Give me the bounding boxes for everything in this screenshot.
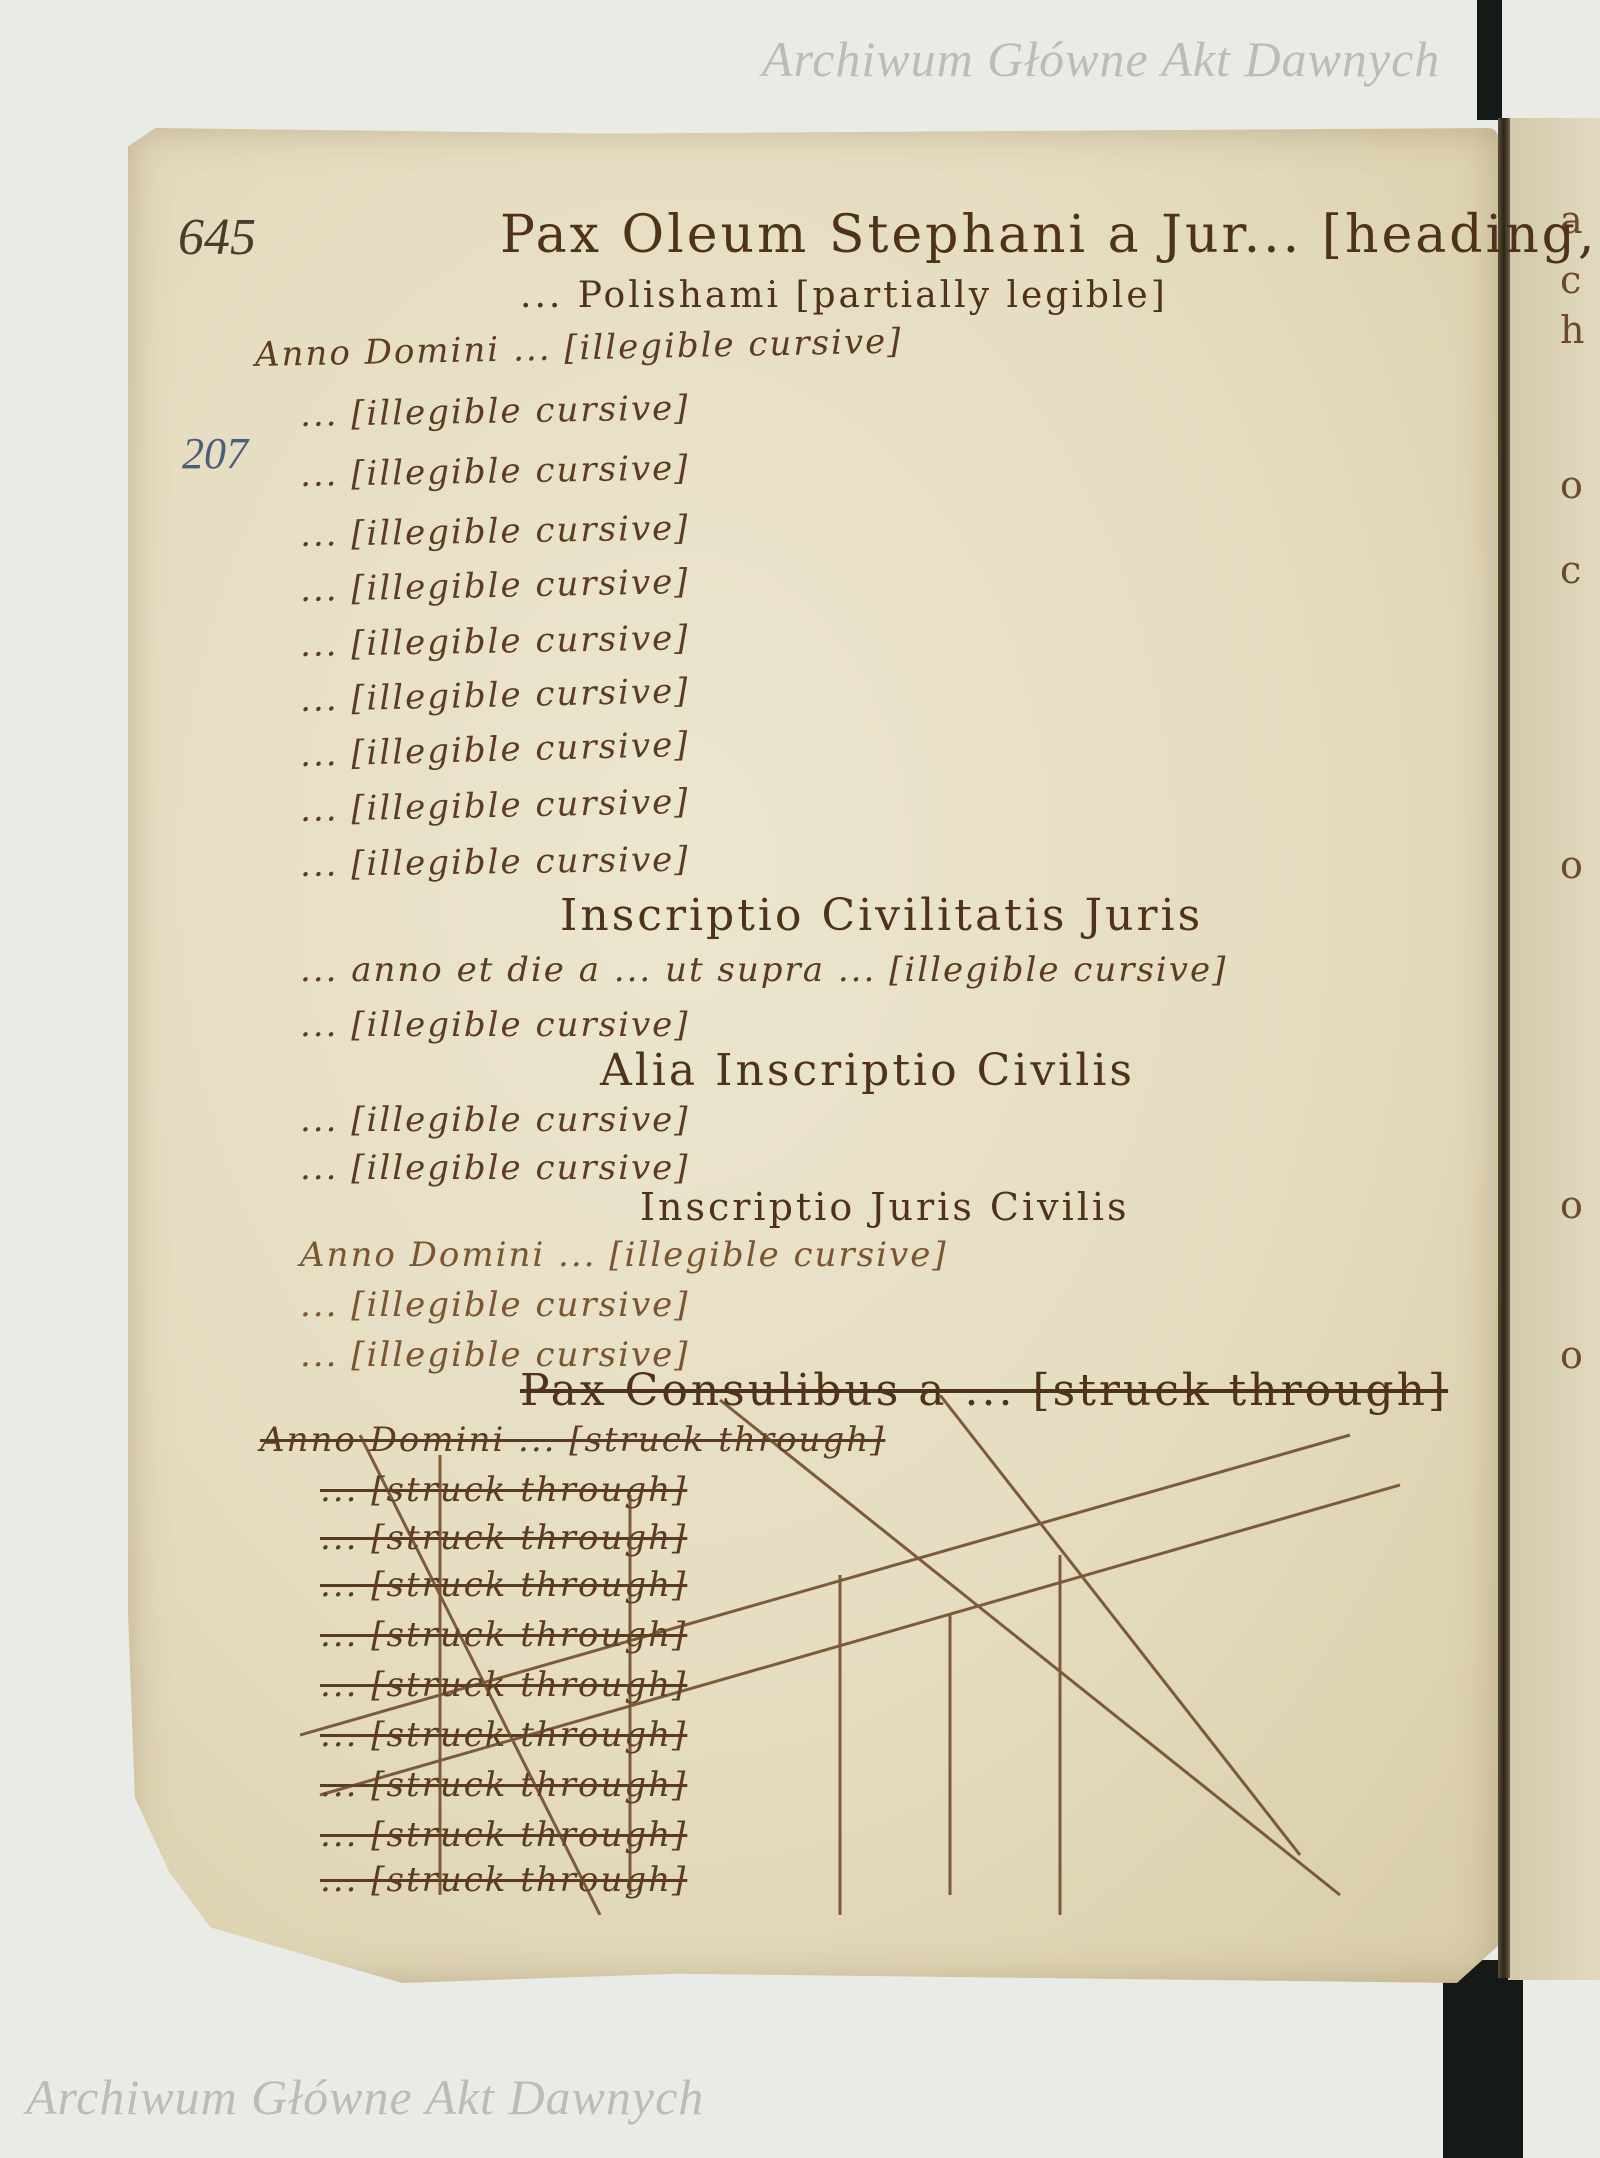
manuscript-line: ... [illegible cursive] bbox=[300, 1285, 690, 1325]
archive-watermark-top: Archiwum Główne Akt Dawnych bbox=[762, 30, 1440, 88]
manuscript-line: ... [illegible cursive] bbox=[300, 508, 690, 555]
manuscript-line: ... [illegible cursive] bbox=[300, 782, 690, 830]
manuscript-line-struck: ... [struck through] bbox=[320, 1860, 687, 1900]
manuscript-line: ... [illegible cursive] bbox=[300, 618, 690, 665]
book-gutter bbox=[1498, 118, 1510, 1978]
manuscript-line-struck: ... [struck through] bbox=[320, 1765, 687, 1805]
section-heading: Inscriptio Civilitatis Juris bbox=[560, 890, 1203, 941]
section-heading: Inscriptio Juris Civilis bbox=[640, 1185, 1130, 1229]
section-heading: Pax Oleum Stephani a Jur... [heading, pa… bbox=[500, 205, 1600, 265]
binding-strip-bottom bbox=[1443, 1960, 1523, 2158]
manuscript-line: ... anno et die a ... ut supra ... [ille… bbox=[300, 950, 1227, 990]
archive-watermark-bottom: Archiwum Główne Akt Dawnych bbox=[26, 2068, 704, 2126]
adjacent-fragment: h bbox=[1560, 308, 1584, 352]
manuscript-line-struck: Anno Domini ... [struck through] bbox=[260, 1420, 885, 1460]
manuscript-line: ... [illegible cursive] bbox=[300, 840, 690, 885]
section-heading: Alia Inscriptio Civilis bbox=[600, 1045, 1135, 1096]
manuscript-line: Anno Domini ... [illegible cursive] bbox=[300, 1235, 948, 1275]
manuscript-line: ... [illegible cursive] bbox=[300, 1005, 690, 1045]
manuscript-line-struck: ... [struck through] bbox=[320, 1518, 687, 1558]
manuscript-line-struck: ... [struck through] bbox=[320, 1815, 687, 1855]
binding-strip-top bbox=[1477, 0, 1502, 120]
adjacent-fragment: c bbox=[1560, 548, 1581, 592]
section-heading-line2: ... Polishami [partially legible] bbox=[520, 275, 1168, 316]
section-heading-struck: Pax Consulibus a ... [struck through] bbox=[520, 1365, 1448, 1416]
manuscript-line-struck: ... [struck through] bbox=[320, 1715, 687, 1755]
adjacent-fragment: o bbox=[1560, 1183, 1583, 1227]
manuscript-line-struck: ... [struck through] bbox=[320, 1615, 687, 1655]
manuscript-line: ... [illegible cursive] bbox=[300, 448, 690, 495]
folio-number-new: 207 bbox=[182, 428, 248, 479]
manuscript-line-struck: ... [struck through] bbox=[320, 1665, 687, 1705]
manuscript-line: ... [illegible cursive] bbox=[300, 388, 690, 435]
manuscript-line-struck: ... [struck through] bbox=[320, 1565, 687, 1605]
manuscript-line: ... [illegible cursive] bbox=[300, 562, 690, 610]
adjacent-fragment: o bbox=[1560, 463, 1583, 507]
folio-number-old: 645 bbox=[178, 208, 256, 267]
manuscript-line: ... [illegible cursive] bbox=[300, 1148, 690, 1188]
manuscript-line-struck: ... [struck through] bbox=[320, 1470, 687, 1510]
adjacent-fragment: o bbox=[1560, 1333, 1583, 1377]
manuscript-line: ... [illegible cursive] bbox=[300, 1100, 690, 1140]
adjacent-page: a c h o c o o o bbox=[1508, 118, 1600, 1980]
adjacent-fragment: o bbox=[1560, 843, 1583, 887]
